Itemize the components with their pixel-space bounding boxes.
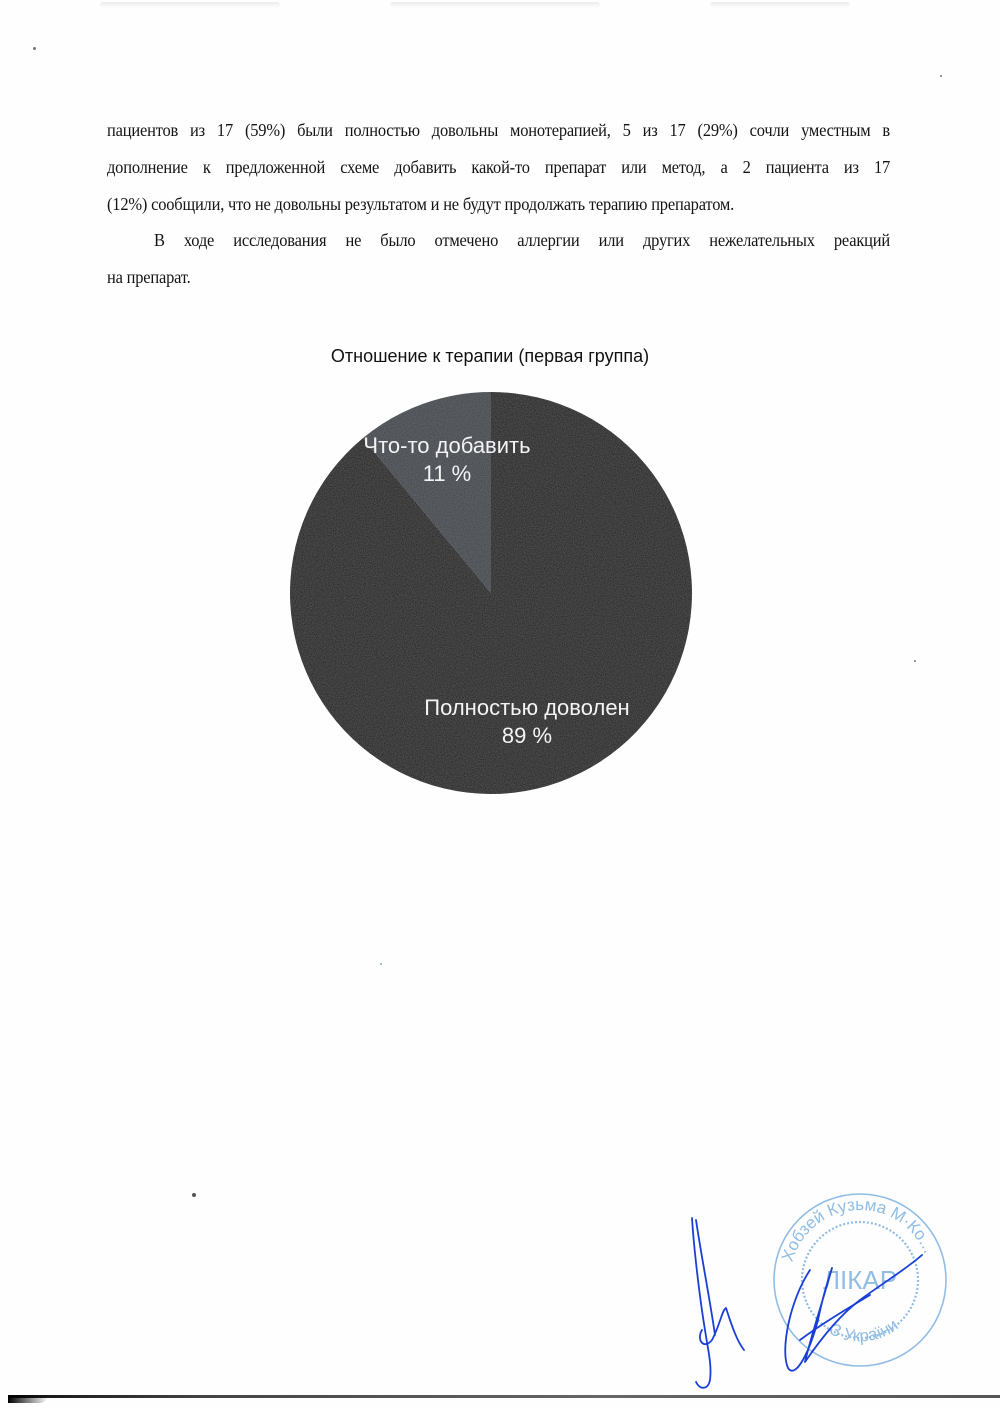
scan-speck: [33, 47, 36, 50]
scan-speck: [940, 75, 942, 77]
chart-title: Отношение к терапии (первая группа): [0, 346, 980, 367]
pie-chart: Что-то добавить11 %Полностью доволен89 %: [280, 382, 702, 804]
scan-speck: [914, 660, 916, 662]
signature-right-stroke: [800, 1295, 870, 1340]
text-line: В ходе исследования не было отмечено алл…: [107, 222, 890, 259]
signature-left-flourish: [696, 1220, 744, 1350]
signature-left: [692, 1218, 711, 1388]
text-line: (12%) сообщили, что не довольны результа…: [107, 186, 890, 223]
scan-speck: [380, 963, 382, 965]
page-bottom-edge: [8, 1395, 1000, 1398]
paragraph-adverse-reactions: В ходе исследования не было отмечено алл…: [107, 222, 890, 296]
scan-smudge: [710, 2, 850, 8]
scan-smudge: [390, 2, 600, 8]
paragraph-results: пациентов из 17 (59%) были полностью дов…: [107, 112, 890, 223]
text-line: на препарат.: [107, 259, 890, 296]
signature-right: [785, 1255, 922, 1371]
signatures: [660, 1190, 960, 1390]
scanned-page: пациентов из 17 (59%) были полностью дов…: [0, 0, 1000, 1409]
scan-smudge: [100, 2, 280, 8]
scan-speck: [192, 1193, 196, 1197]
text-line: пациентов из 17 (59%) были полностью дов…: [107, 112, 890, 149]
text-line: дополнение к предложенной схеме добавить…: [107, 149, 890, 186]
